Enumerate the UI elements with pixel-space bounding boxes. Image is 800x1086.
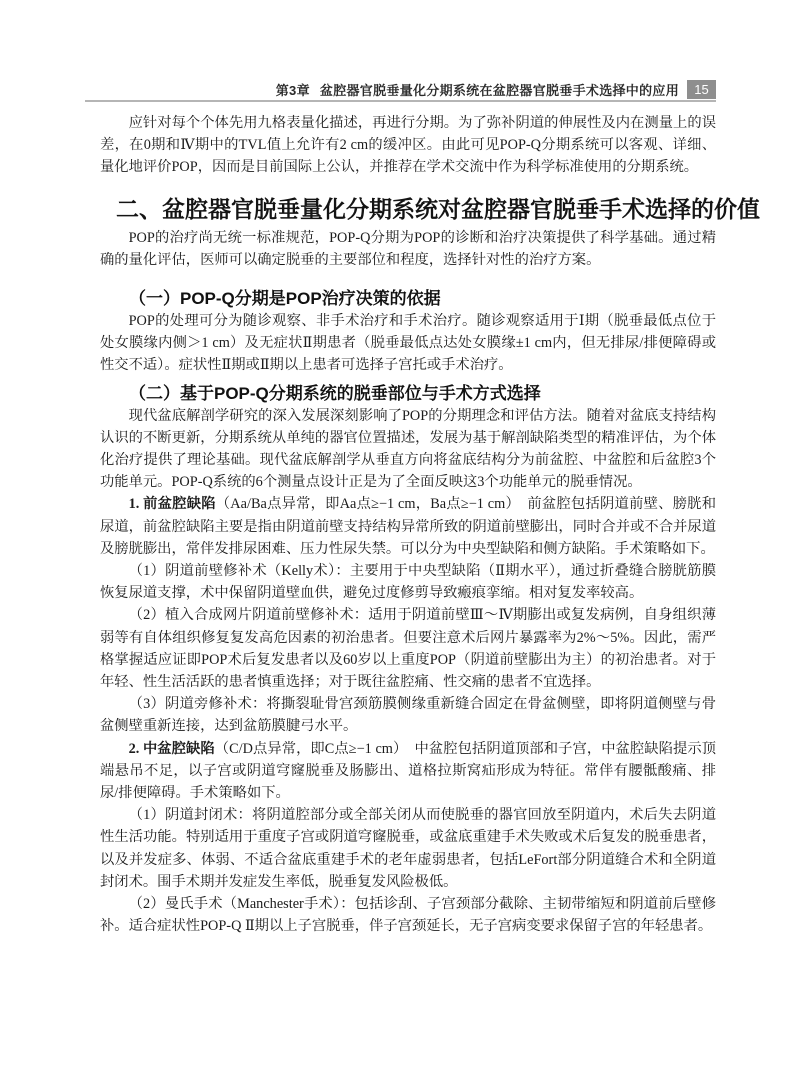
paragraph-middle-defect: 2. 中盆腔缺陷（C/D点异常，即C点≥−1 cm） 中盆腔包括阴道顶部和子宫，… — [100, 738, 716, 805]
paragraph-intro: 应针对每个个体先用九格表量化描述，再进行分期。为了弥补阴道的伸展性及内在测量上的… — [100, 112, 716, 179]
subsection-2-heading: （二）基于POP-Q分期系统的脱垂部位与手术方式选择 — [100, 382, 716, 405]
paragraph-middle-point-1: （1）阴道封闭术：将阴道腔部分或全部关闭从而使脱垂的器官回放至阴道内，术后失去阴… — [100, 804, 716, 893]
anterior-defect-label: 1. 前盆腔缺陷 — [129, 496, 216, 512]
anterior-defect-criteria: （Aa/Ba点异常，即Aa点≥−1 cm，Ba点≥−1 cm） — [216, 496, 513, 512]
subsection-1-heading: （一）POP-Q分期是POP治疗决策的依据 — [100, 287, 716, 310]
running-head-row: 第3章盆腔器官脱垂量化分期系统在盆腔器官脱垂手术选择中的应用 15 — [85, 79, 716, 99]
running-head: 第3章盆腔器官脱垂量化分期系统在盆腔器官脱垂手术选择中的应用 — [276, 80, 679, 99]
header-rule — [85, 100, 716, 102]
section-heading: 二、盆腔器官脱垂量化分期系统对盆腔器官脱垂手术选择的价值 — [116, 193, 716, 227]
paragraph-anterior-point-2: （2）植入合成网片阴道前壁修补术：适用于阴道前壁Ⅲ～Ⅳ期膨出或复发病例，自身组织… — [100, 604, 716, 693]
middle-defect-label: 2. 中盆腔缺陷 — [129, 741, 215, 757]
paragraph-subsection-2-intro: 现代盆底解剖学研究的深入发展深刻影响了POP的分期理念和评估方法。随着对盆底支持… — [100, 405, 716, 494]
chapter-title: 盆腔器官脱垂量化分期系统在盆腔器官脱垂手术选择中的应用 — [320, 83, 679, 98]
book-page: 第3章盆腔器官脱垂量化分期系统在盆腔器官脱垂手术选择中的应用 15 应针对每个个… — [0, 0, 800, 1086]
paragraph-anterior-point-1: （1）阴道前壁修补术（Kelly术）：主要用于中央型缺陷（Ⅱ期水平），通过折叠缝… — [100, 560, 716, 604]
middle-defect-criteria: （C/D点异常，即C点≥−1 cm） — [215, 741, 400, 757]
paragraph-middle-point-2: （2）曼氏手术（Manchester手术）：包括诊刮、子宫颈部分截除、主韧带缩短… — [100, 893, 716, 937]
page-number-badge: 15 — [687, 80, 716, 99]
paragraph-subsection-1: POP的处理可分为随诊观察、非手术治疗和手术治疗。随诊观察适用于Ⅰ期（脱垂最低点… — [100, 310, 716, 377]
page-content: 应针对每个个体先用九格表量化描述，再进行分期。为了弥补阴道的伸展性及内在测量上的… — [100, 112, 716, 938]
paragraph-anterior-defect: 1. 前盆腔缺陷（Aa/Ba点异常，即Aa点≥−1 cm，Ba点≥−1 cm） … — [100, 493, 716, 560]
chapter-number: 第3章 — [276, 83, 310, 98]
paragraph-anterior-point-3: （3）阴道旁修补术：将撕裂耻骨宫颈筋膜侧缘重新缝合固定在骨盆侧壁，即将阴道侧壁与… — [100, 693, 716, 737]
page-header: 第3章盆腔器官脱垂量化分期系统在盆腔器官脱垂手术选择中的应用 15 — [85, 79, 716, 102]
paragraph-section-lead: POP的治疗尚无统一标准规范，POP-Q分期为POP的诊断和治疗决策提供了科学基… — [100, 227, 716, 271]
